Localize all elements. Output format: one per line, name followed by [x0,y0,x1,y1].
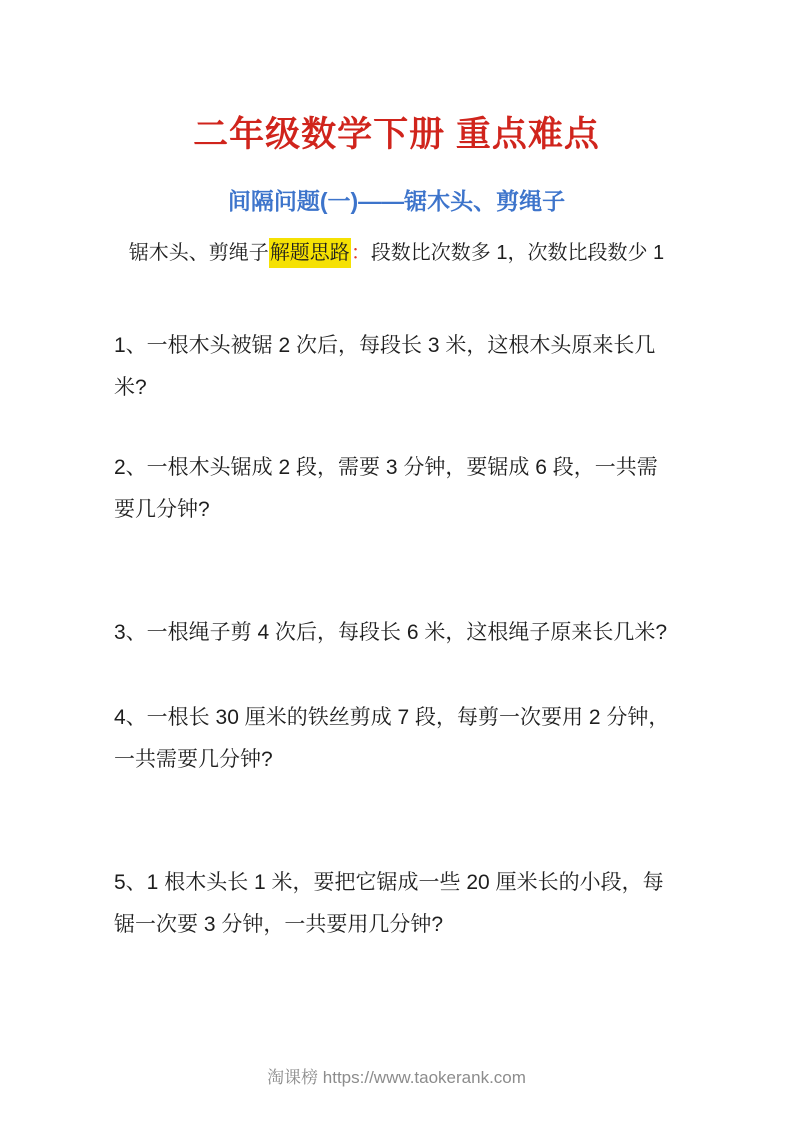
worksheet-content: 二年级数学下册 重点难点 间隔问题(一)——锯木头、剪绳子 锯木头、剪绳子解题思… [0,0,793,946]
question-2-line-1: 2、一根木头锯成 2 段，需要 3 分钟，要锯成 6 段，一共需 [114,447,679,489]
tip-prefix: 锯木头、剪绳子 [129,242,269,264]
question-4: 4、一根长 30 厘米的铁丝剪成 7 段，每剪一次要用 2 分钟， 一共需要几分… [114,697,679,781]
question-1-line-1: 1、一根木头被锯 2 次后，每段长 3 米，这根木头原来长几 [114,325,679,367]
question-5: 5、1 根木头长 1 米，要把它锯成一些 20 厘米长的小段，每 锯一次要 3 … [114,862,679,946]
question-1-line-2: 米? [114,367,679,409]
tip-body: 段数比次数多 1，次数比段数少 1 [371,242,664,264]
question-2-line-2: 要几分钟? [114,489,679,531]
question-4-line-1: 4、一根长 30 厘米的铁丝剪成 7 段，每剪一次要用 2 分钟， [114,697,679,739]
tip-colon: ： [351,242,371,264]
tip-highlighted-text: 解题思路 [269,238,351,268]
section-subtitle: 间隔问题(一)——锯木头、剪绳子 [114,186,679,216]
page-title: 二年级数学下册 重点难点 [114,0,679,158]
question-2: 2、一根木头锯成 2 段，需要 3 分钟，要锯成 6 段，一共需 要几分钟? [114,447,679,531]
watermark-footer: 淘课榜 https://www.taokerank.com [0,1066,793,1090]
solution-tip-line: 锯木头、剪绳子解题思路：段数比次数多 1，次数比段数少 1 [114,238,679,268]
question-4-line-2: 一共需要几分钟? [114,739,679,781]
question-3-line-1: 3、一根绳子剪 4 次后，每段长 6 米，这根绳子原来长几米? [114,612,679,654]
worksheet-page: 二年级数学下册 重点难点 间隔问题(一)——锯木头、剪绳子 锯木头、剪绳子解题思… [0,0,793,1121]
question-5-line-1: 5、1 根木头长 1 米，要把它锯成一些 20 厘米长的小段，每 [114,862,679,904]
question-5-line-2: 锯一次要 3 分钟，一共要用几分钟? [114,904,679,946]
question-1: 1、一根木头被锯 2 次后，每段长 3 米，这根木头原来长几 米? [114,325,679,409]
question-3: 3、一根绳子剪 4 次后，每段长 6 米，这根绳子原来长几米? [114,612,679,654]
